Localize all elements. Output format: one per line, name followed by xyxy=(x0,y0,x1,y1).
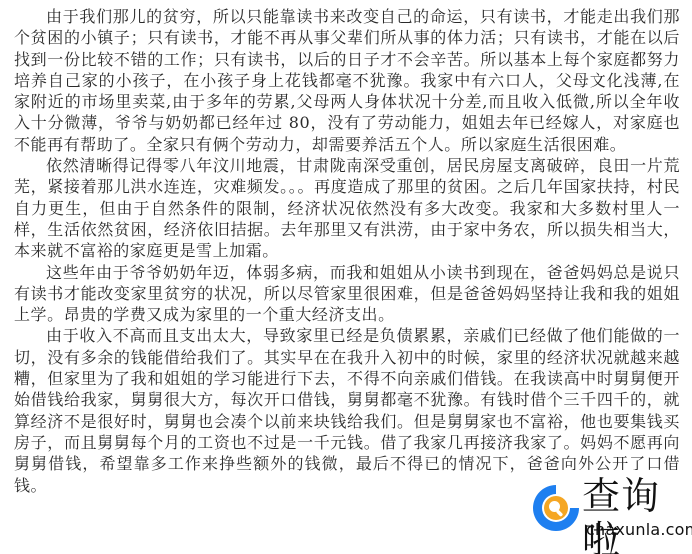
paragraph-3: 这些年由于爷爷奶奶年迈，体弱多病，而我和姐姐从小读书到现在，爸爸妈妈总是说只有读… xyxy=(14,262,680,326)
watermark-domain: chaxunla.com xyxy=(586,520,692,539)
watermark-brand: 查询啦 xyxy=(582,474,692,554)
paragraph-1: 由于我们那儿的贫穷，所以只能靠读书来改变自己的命运，只有读书，才能走出我们那个贫… xyxy=(14,6,680,155)
document-body: 由于我们那儿的贫穷，所以只能靠读书来改变自己的命运，只有读书，才能走出我们那个贫… xyxy=(14,6,680,496)
watermark: 查询啦 chaxunla.com xyxy=(520,470,692,554)
chaxunla-logo-icon xyxy=(530,482,582,534)
paragraph-2: 依然清晰得记得零八年汶川地震，甘肃陇南深受重创，居民房屋支离破碎，良田一片荒芜，… xyxy=(14,155,680,261)
